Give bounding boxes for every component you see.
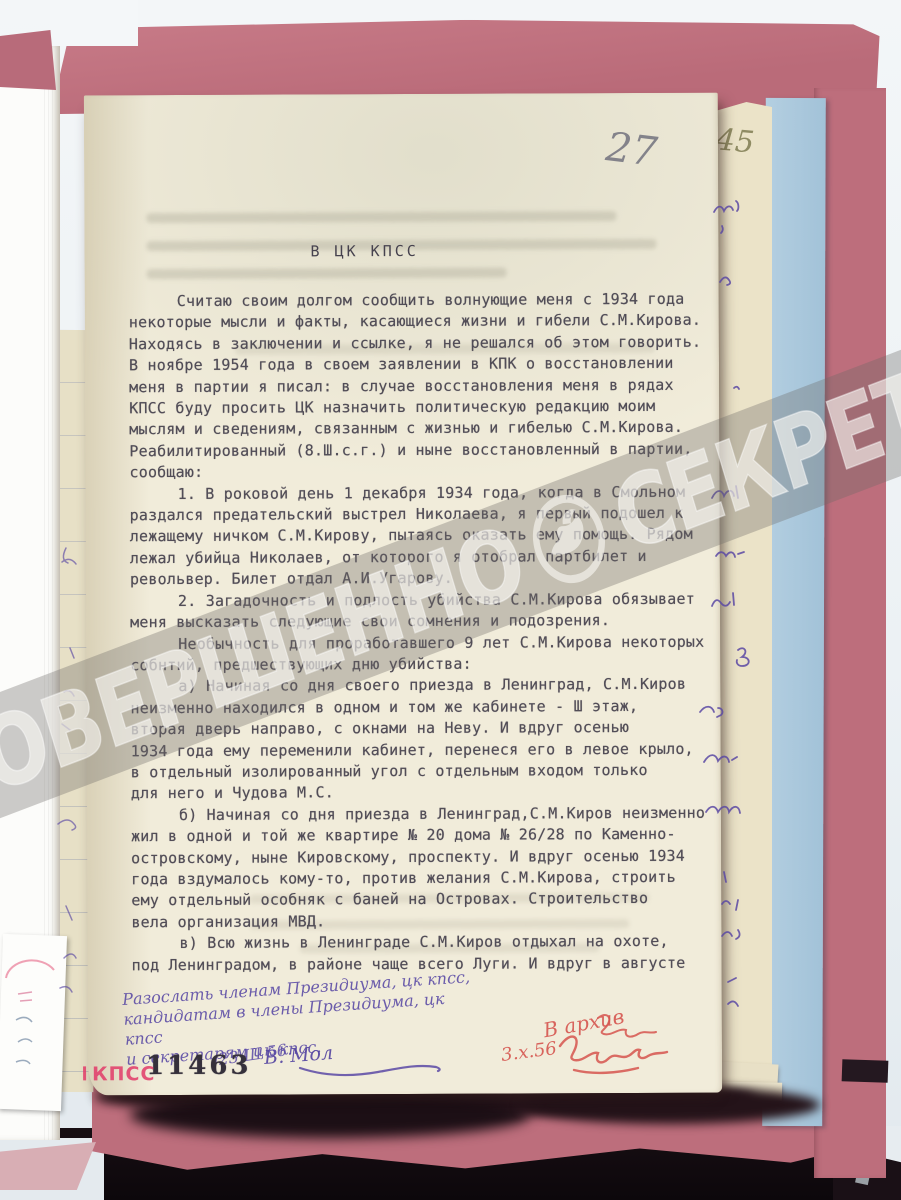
folder-spine-sliver (0, 30, 56, 90)
margin-folio-number: 45 (715, 122, 756, 160)
sheet-gap-shadow (842, 1059, 889, 1083)
archive-note-red: В архив (541, 1004, 626, 1042)
background-notch (50, 0, 138, 46)
party-stamp-fragment: КПСС (92, 1063, 155, 1085)
incoming-stamp-number: 11463 (146, 1051, 252, 1081)
page-cast-shadow (130, 1092, 530, 1138)
bleedthrough-line (146, 211, 616, 223)
dove-emblem-icon (516, 477, 622, 602)
paragraph-item-b: б) Начиная со дня приезда в Ленинград,С.… (131, 802, 728, 933)
archive-date-red: 3.х.56 (500, 1038, 558, 1066)
document-title: В ЦК КПСС (310, 242, 418, 260)
protruding-page-corner (0, 934, 67, 1111)
bleedthrough-line (147, 268, 507, 280)
page-number: 27 (604, 124, 660, 176)
archival-photo: 45 27 В ЦК КПСС Считаю своим долгом сооб… (0, 0, 901, 1200)
